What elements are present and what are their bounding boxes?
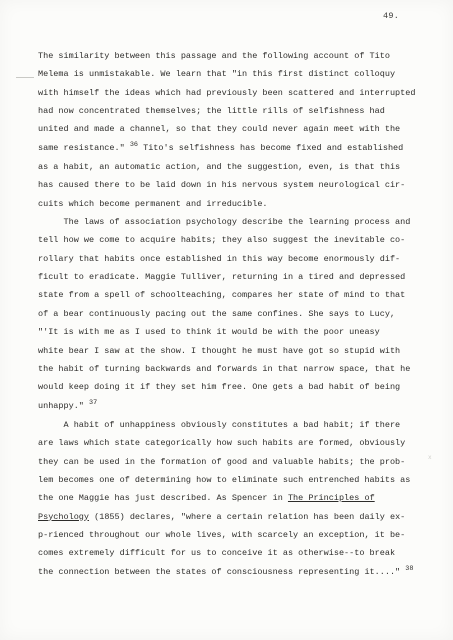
text-line: state from a spell of schoolteaching, co… [38, 286, 430, 304]
text-line: same resistance." 36 Tito's selfishness … [38, 139, 430, 158]
text-segment: (1855) declares, "where a certain relati… [89, 512, 405, 522]
text-segment: Psychology [38, 512, 89, 522]
text-segment: would keep doing it if they set him free… [38, 382, 400, 392]
text-line: Melema is unmistakable. We learn that "i… [38, 65, 430, 83]
scanned-manuscript-page: 49. x The similarity between this passag… [0, 0, 453, 640]
text-line: unhappy." 37 [38, 397, 430, 416]
text-segment: state from a spell of schoolteaching, co… [38, 290, 405, 300]
text-line: "'It is with me as I used to think it wo… [38, 323, 430, 341]
footnote-ref: 38 [405, 565, 413, 573]
text-line: lem becomes one of determining how to el… [38, 471, 430, 489]
text-segment: the connection between the states of con… [38, 567, 405, 577]
text-line: united and made a channel, so that they … [38, 120, 430, 138]
text-segment: The similarity between this passage and … [38, 51, 390, 61]
text-segment: united and made a channel, so that they … [38, 124, 400, 134]
text-segment: The Principles of [288, 493, 375, 503]
text-segment: cuits which become permanent and irreduc… [38, 199, 268, 209]
text-segment: tell how we come to acquire habits; they… [38, 235, 405, 245]
text-line: comes extremely difficult for us to conc… [38, 544, 430, 562]
text-line: A habit of unhappiness obviously constit… [38, 416, 430, 434]
text-segment: p-rienced throughout our whole lives, wi… [38, 530, 405, 540]
text-line: has caused there to be laid down in his … [38, 176, 430, 194]
text-segment: with himself the ideas which had previou… [38, 88, 415, 98]
text-segment: unhappy." [38, 401, 89, 411]
text-line: white bear I saw at the show. I thought … [38, 342, 430, 360]
text-line: ficult to eradicate. Maggie Tulliver, re… [38, 268, 430, 286]
typewritten-text-block: The similarity between this passage and … [38, 47, 430, 582]
text-segment: Tito's selfishness has become fixed and … [138, 143, 403, 153]
text-line: cuits which become permanent and irreduc… [38, 195, 430, 213]
text-line: The similarity between this passage and … [38, 47, 430, 65]
footnote-ref: 36 [130, 141, 138, 149]
text-line: p-rienced throughout our whole lives, wi… [38, 526, 430, 544]
text-line: they can be used in the formation of goo… [38, 453, 430, 471]
text-segment: "'It is with me as I used to think it wo… [38, 327, 380, 337]
text-segment: of a bear continuously pacing out the sa… [38, 309, 395, 319]
scan-artifact [16, 77, 34, 78]
text-segment: they can be used in the formation of goo… [38, 457, 405, 467]
text-line: of a bear continuously pacing out the sa… [38, 305, 430, 323]
text-line: The laws of association psychology descr… [38, 213, 430, 231]
text-segment: Melema is unmistakable. We learn that "i… [38, 69, 395, 79]
text-line: with himself the ideas which had previou… [38, 84, 430, 102]
text-segment: rollary that habits once established in … [38, 254, 400, 264]
text-line: tell how we come to acquire habits; they… [38, 231, 430, 249]
text-line: are laws which state categorically how s… [38, 434, 430, 452]
text-line: rollary that habits once established in … [38, 250, 430, 268]
text-segment: the one Maggie has just described. As Sp… [38, 493, 288, 503]
text-segment: same resistance." [38, 143, 130, 153]
text-segment: ficult to eradicate. Maggie Tulliver, re… [38, 272, 405, 282]
text-segment: had now concentrated themselves; the lit… [38, 106, 385, 116]
text-line: Psychology (1855) declares, "where a cer… [38, 508, 430, 526]
text-segment: are laws which state categorically how s… [38, 438, 405, 448]
text-segment: comes extremely difficult for us to conc… [38, 548, 395, 558]
text-segment: lem becomes one of determining how to el… [38, 475, 410, 485]
text-segment: the habit of turning backwards and forwa… [38, 364, 410, 374]
text-segment: The laws of association psychology descr… [38, 217, 410, 227]
page-number: 49. [383, 11, 399, 21]
text-line: would keep doing it if they set him free… [38, 378, 430, 396]
footnote-ref: 37 [89, 399, 97, 407]
text-line: had now concentrated themselves; the lit… [38, 102, 430, 120]
text-segment: as a habit, an automatic action, and the… [38, 162, 400, 172]
text-segment: has caused there to be laid down in his … [38, 180, 405, 190]
text-line: the connection between the states of con… [38, 563, 430, 582]
text-line: the one Maggie has just described. As Sp… [38, 489, 430, 507]
text-line: as a habit, an automatic action, and the… [38, 158, 430, 176]
text-segment: white bear I saw at the show. I thought … [38, 346, 400, 356]
text-segment: A habit of unhappiness obviously constit… [38, 420, 400, 430]
text-line: the habit of turning backwards and forwa… [38, 360, 430, 378]
